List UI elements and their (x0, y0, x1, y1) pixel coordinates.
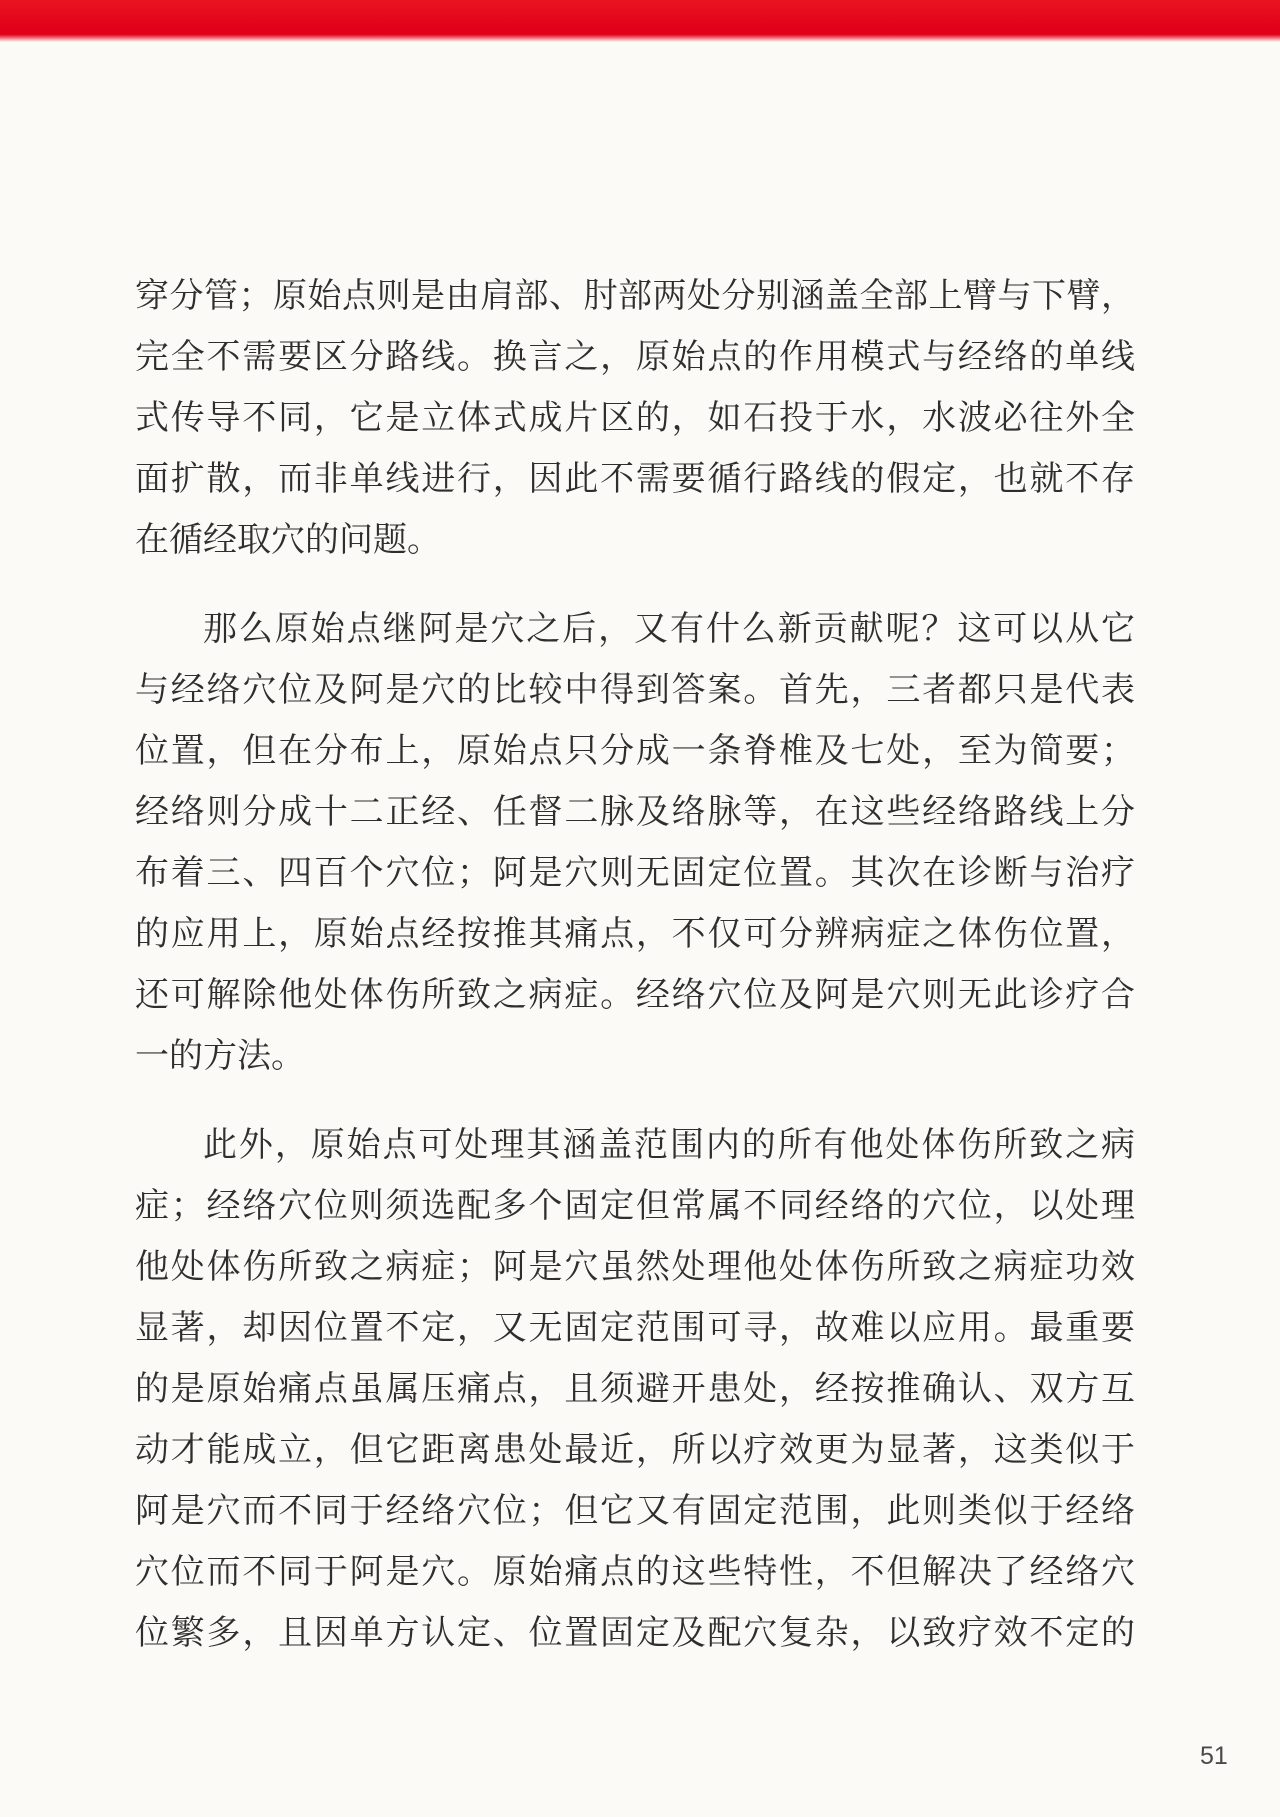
text-line: 阿是穴而不同于经络穴位；但它又有固定范围，此则类似于经络 (135, 1481, 1135, 1542)
text-line: 动才能成立，但它距离患处最近，所以疗效更为显著，这类似于 (135, 1420, 1135, 1481)
text-line: 症；经络穴位则须选配多个固定但常属不同经络的穴位，以处理 (135, 1176, 1135, 1237)
text-line: 位置，但在分布上，原始点只分成一条脊椎及七处，至为简要； (135, 721, 1135, 782)
text-line: 穴位而不同于阿是穴。原始痛点的这些特性，不但解决了经络穴 (135, 1542, 1135, 1603)
text-line: 显著，却因位置不定，又无固定范围可寻，故难以应用。最重要 (135, 1298, 1135, 1359)
text-line: 在循经取穴的问题。 (135, 510, 1135, 571)
paragraph: 那么原始点继阿是穴之后，又有什么新贡献呢？这可以从它与经络穴位及阿是穴的比较中得… (135, 599, 1135, 1087)
page-text: 穿分管；原始点则是由肩部、肘部两处分别涵盖全部上臂与下臂，完全不需要区分路线。换… (135, 266, 1135, 1664)
text-line: 此外，原始点可处理其涵盖范围内的所有他处体伤所致之病 (135, 1115, 1135, 1176)
page-number: 51 (1200, 1740, 1244, 1772)
text-line: 他处体伤所致之病症；阿是穴虽然处理他处体伤所致之病症功效 (135, 1237, 1135, 1298)
text-line: 的应用上，原始点经按推其痛点，不仅可分辨病症之体伤位置， (135, 904, 1135, 965)
paragraph: 此外，原始点可处理其涵盖范围内的所有他处体伤所致之病症；经络穴位则须选配多个固定… (135, 1115, 1135, 1664)
text-line: 那么原始点继阿是穴之后，又有什么新贡献呢？这可以从它 (135, 599, 1135, 660)
text-line: 面扩散，而非单线进行，因此不需要循行路线的假定，也就不存 (135, 449, 1135, 510)
text-line: 的是原始痛点虽属压痛点，且须避开患处，经按推确认、双方互 (135, 1359, 1135, 1420)
text-line: 穿分管；原始点则是由肩部、肘部两处分别涵盖全部上臂与下臂， (135, 266, 1135, 327)
text-line: 完全不需要区分路线。换言之，原始点的作用模式与经络的单线 (135, 327, 1135, 388)
text-line: 式传导不同，它是立体式成片区的，如石投于水，水波必往外全 (135, 388, 1135, 449)
paragraph: 穿分管；原始点则是由肩部、肘部两处分别涵盖全部上臂与下臂，完全不需要区分路线。换… (135, 266, 1135, 571)
text-line: 位繁多，且因单方认定、位置固定及配穴复杂，以致疗效不定的 (135, 1603, 1135, 1664)
header-bar (0, 0, 1280, 42)
text-line: 布着三、四百个穴位；阿是穴则无固定位置。其次在诊断与治疗 (135, 843, 1135, 904)
text-line: 与经络穴位及阿是穴的比较中得到答案。首先，三者都只是代表 (135, 660, 1135, 721)
text-line: 经络则分成十二正经、任督二脉及络脉等，在这些经络路线上分 (135, 782, 1135, 843)
text-line: 还可解除他处体伤所致之病症。经络穴位及阿是穴则无此诊疗合 (135, 965, 1135, 1026)
text-line: 一的方法。 (135, 1026, 1135, 1087)
